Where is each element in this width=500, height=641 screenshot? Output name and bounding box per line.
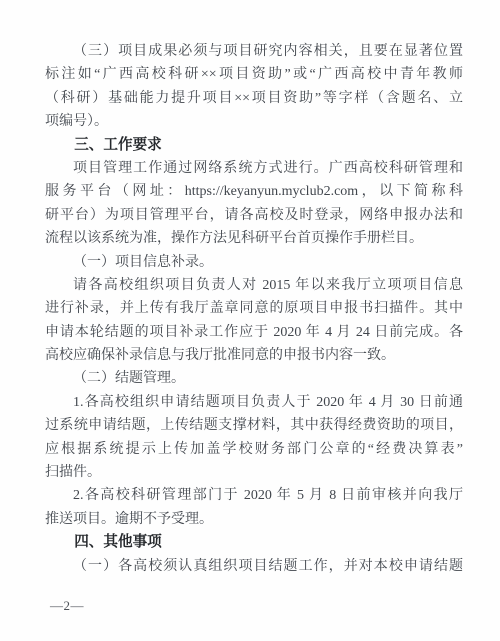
- text-line: 1.各高校组织申请结题项目负责人于 2020 年 4 月 30 日前通: [45, 391, 463, 414]
- text-line: 推送项目。逾期不予受理。: [45, 508, 463, 531]
- text-line: （二）结题管理。: [45, 367, 463, 390]
- text-line: 标注如“广西高校科研××项目资助”或“广西高校中青年教师: [45, 63, 463, 86]
- text-line: 进行补录，并上传有我厅盖章同意的原项目申报书扫描件。其中: [45, 297, 463, 320]
- text-line: 过系统申请结题，上传结题支撑材料，其中获得经费资助的项目，: [45, 414, 463, 437]
- text-line: 流程以该系统为准，操作方法见科研平台首页操作手册栏目。: [45, 227, 463, 250]
- text-line: 服务平台（网址：https://keyanyun.myclub2.com，以下简…: [45, 180, 463, 203]
- text-line: （科研）基础能力提升项目××项目资助”等字样（含题名、立: [45, 87, 463, 110]
- section-heading: 四、其他事项: [45, 531, 463, 554]
- text-line: 2.各高校科研管理部门于 2020 年 5 月 8 日前审核并向我厅: [45, 484, 463, 507]
- text-line: 请各高校组织项目负责人对 2015 年以来我厅立项项目信息: [45, 274, 463, 297]
- text-line: （三）项目成果必须与项目研究内容相关，且要在显著位置: [45, 40, 463, 63]
- text-line: 项编号）。: [45, 110, 463, 133]
- text-line: 申请本轮结题的项目补录工作应于 2020 年 4 月 24 日前完成。各: [45, 321, 463, 344]
- text-line: 高校应确保补录信息与我厅批准同意的申报书内容一致。: [45, 344, 463, 367]
- document-body: （三）项目成果必须与项目研究内容相关，且要在显著位置标注如“广西高校科研××项目…: [45, 40, 463, 578]
- text-line: 应根据系统提示上传加盖学校财务部门公章的“经费决算表”: [45, 438, 463, 461]
- section-heading: 三、工作要求: [45, 134, 463, 157]
- text-line: 项目管理工作通过网络系统方式进行。广西高校科研管理和: [45, 157, 463, 180]
- text-line: （一）项目信息补录。: [45, 251, 463, 274]
- page-number: —2—: [50, 598, 84, 614]
- text-line: 研平台）为项目管理平台，请各高校及时登录，网络申报办法和: [45, 204, 463, 227]
- text-line: 扫描件。: [45, 461, 463, 484]
- scanned-document-page: （三）项目成果必须与项目研究内容相关，且要在显著位置标注如“广西高校科研××项目…: [0, 0, 500, 641]
- text-line: （一）各高校须认真组织项目结题工作，并对本校申请结题: [45, 555, 463, 578]
